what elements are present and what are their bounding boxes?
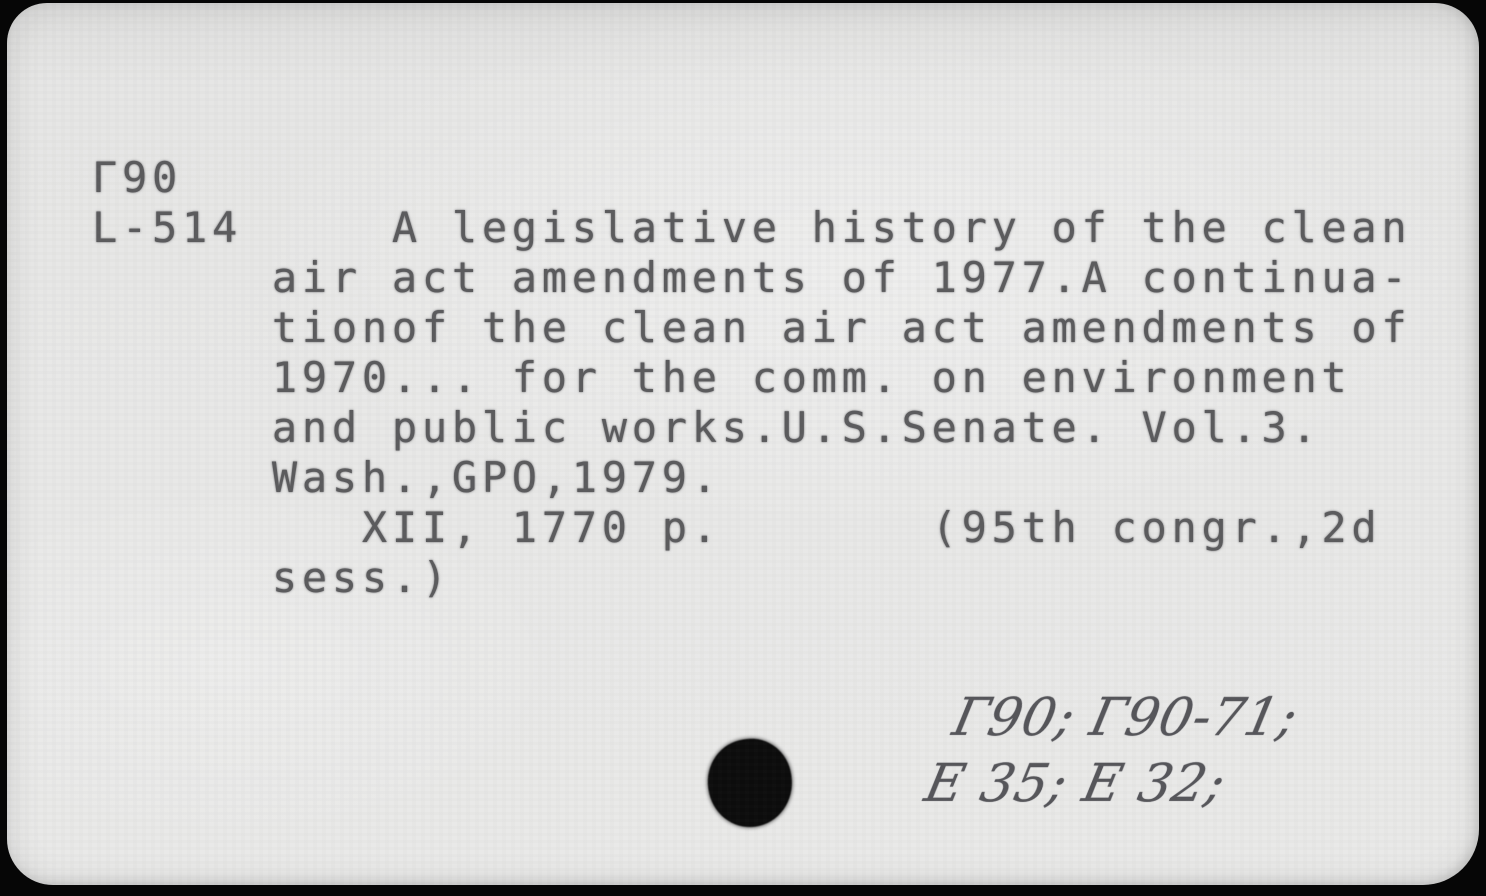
scan-background: Г90 L-514 A legislative history of the c… — [0, 0, 1486, 896]
catalog-card: Г90 L-514 A legislative history of the c… — [7, 3, 1479, 885]
typed-line: 1970... for the comm. on environment — [92, 353, 1411, 403]
typed-line-collation: XII, 1770 p. (95th congr.,2d — [92, 503, 1411, 553]
handwritten-line: Г90; Г90-71; — [933, 685, 1304, 751]
typed-line: tionof the clean air act amendments of — [92, 303, 1411, 353]
typed-line: and public works.U.S.Senate. Vol.3. — [92, 403, 1411, 453]
handwritten-line: Е 35; Е 32; — [919, 751, 1290, 817]
handwritten-call-numbers: Г90; Г90-71; Е 35; Е 32; — [919, 685, 1304, 817]
typed-line-session: sess.) — [92, 553, 1411, 603]
typed-line-imprint: Wash.,GPO,1979. — [92, 453, 1411, 503]
typed-line-title-start: L-514 A legislative history of the clean — [92, 203, 1411, 253]
call-number-line: Г90 — [92, 153, 1411, 203]
black-ink-dot — [702, 734, 797, 833]
typed-line: air act amendments of 1977.A continua- — [92, 253, 1411, 303]
typewritten-record: Г90 L-514 A legislative history of the c… — [92, 153, 1411, 603]
